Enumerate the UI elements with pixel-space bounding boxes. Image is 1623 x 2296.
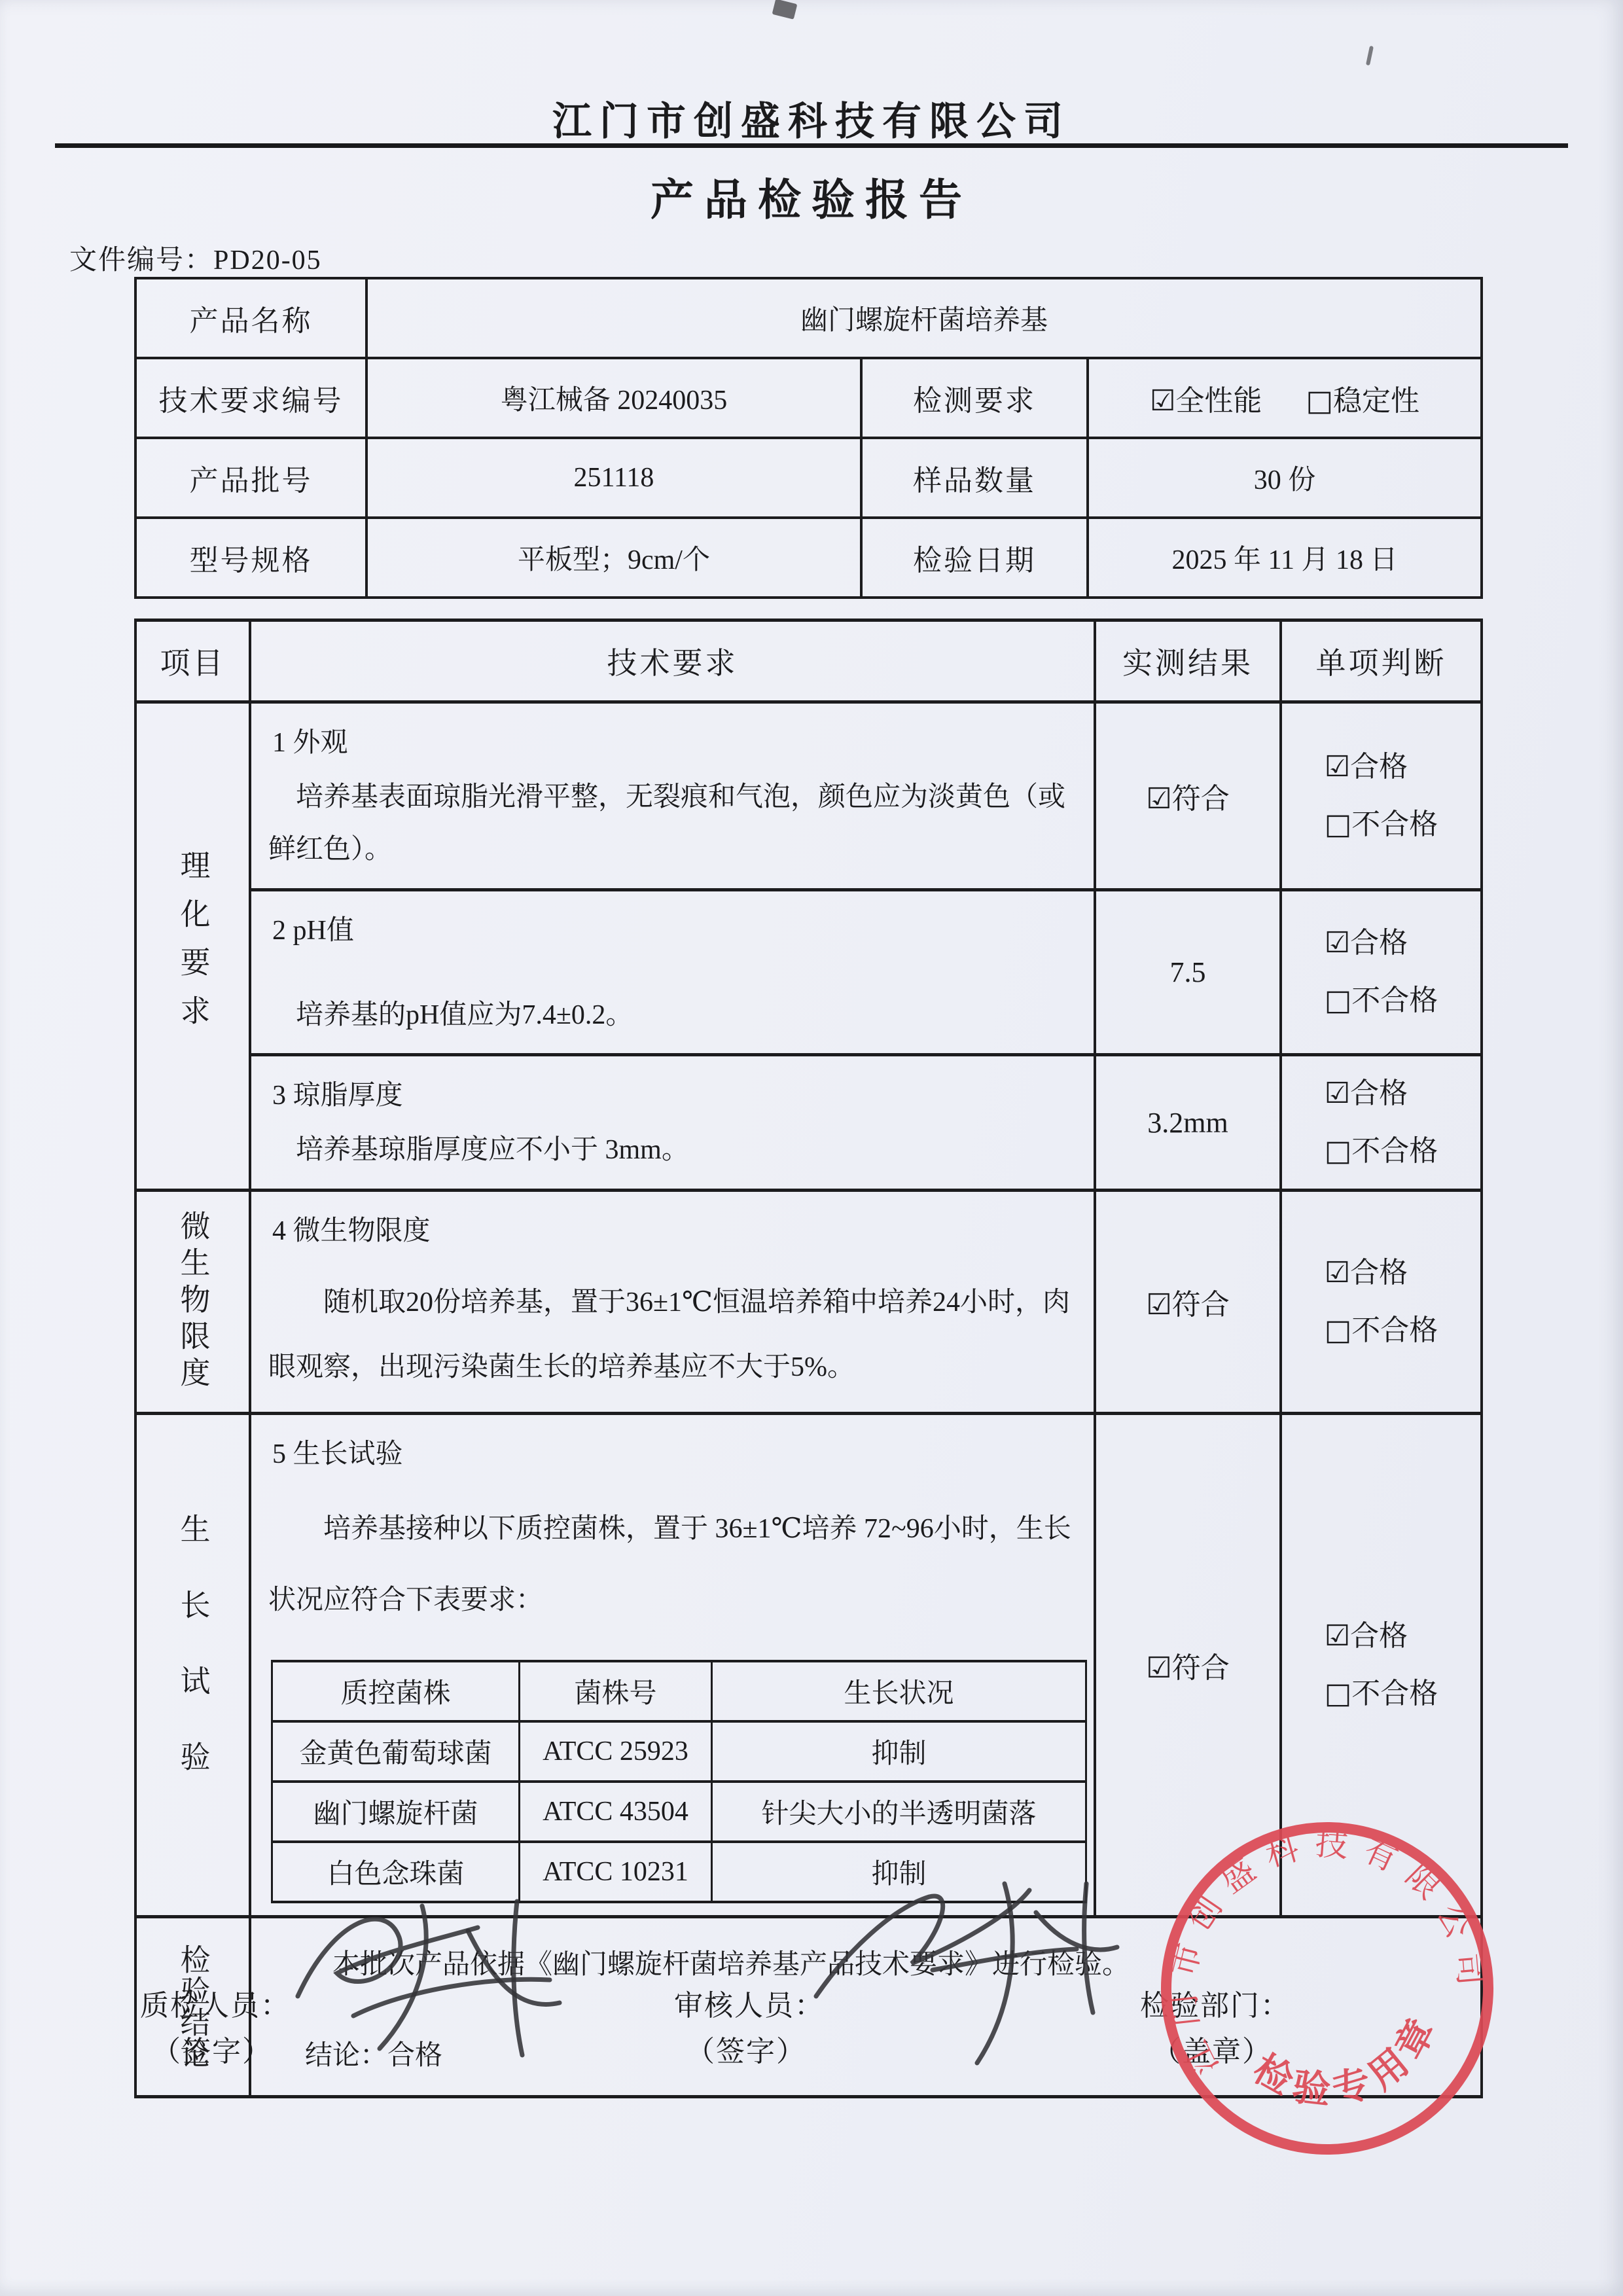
product-info-table: 产品名称 幽门螺旋杆菌培养基 技术要求编号 粤江械备 20240035 检测要求… — [134, 277, 1483, 599]
col-item: 项目 — [135, 620, 250, 702]
tech-req-no-value: 粤江械备 20240035 — [366, 358, 861, 438]
qc-sign-hint: （签字） — [152, 2028, 272, 2070]
growth-header-row: 质控菌株 菌株号 生长状况 — [272, 1661, 1086, 1721]
test-req-value: ☑全性能 □稳定性 — [1088, 358, 1482, 438]
judge-microbial-limit: ☑合格 □不合格 — [1281, 1191, 1482, 1413]
reviewer-sign-hint: （签字） — [686, 2028, 806, 2070]
table-row: 产品批号 251118 样品数量 30 份 — [135, 438, 1482, 518]
sample-qty-value: 30 份 — [1088, 438, 1482, 518]
col-growth-status: 生长状况 — [712, 1661, 1086, 1721]
stamp-company-text: 江门市创盛科技有限公司 — [1150, 1812, 1499, 2083]
checkbox-fail: □不合格 — [1325, 972, 1438, 1030]
model-spec-value: 平板型；9cm/个 — [366, 518, 861, 598]
growth-row-staph: 金黄色葡萄球菌 ATCC 25923 抑制 — [272, 1721, 1086, 1782]
model-spec-label: 型号规格 — [135, 518, 366, 598]
checkbox-fail: □不合格 — [1325, 1665, 1438, 1723]
checkbox-pass: ☑合格 — [1325, 1065, 1438, 1122]
result-microbial-limit: ☑符合 — [1095, 1191, 1281, 1413]
batch-no-label: 产品批号 — [135, 438, 366, 518]
req-appearance: 1 外观 培养基表面琼脂光滑平整，无裂痕和气泡，颜色应为淡黄色（或鲜红色）。 — [250, 702, 1095, 890]
scanned-report-page: 江门市创盛科技有限公司 产品检验报告 文件编号：PD20-05 产品名称 幽门螺… — [0, 0, 1623, 2296]
product-name-value: 幽门螺旋杆菌培养基 — [366, 278, 1482, 358]
judge-ph: ☑合格 □不合格 — [1281, 889, 1482, 1055]
checkbox-fail: □不合格 — [1325, 796, 1438, 853]
judge-appearance: ☑合格 □不合格 — [1281, 702, 1482, 890]
row-appearance: 理化要求 1 外观 培养基表面琼脂光滑平整，无裂痕和气泡，颜色应为淡黄色（或鲜红… — [135, 702, 1482, 890]
stamp-ring — [1150, 1812, 1504, 2165]
col-result: 实测结果 — [1095, 620, 1281, 702]
category-growth: 生长试验 — [135, 1413, 250, 1916]
category-physchem: 理化要求 — [135, 702, 250, 1191]
test-date-label: 检验日期 — [861, 518, 1088, 598]
test-req-label: 检测要求 — [861, 358, 1088, 438]
scan-artifact-tick — [1366, 46, 1374, 66]
checkbox-pass: ☑合格 — [1325, 738, 1438, 796]
growth-row-hpylori: 幽门螺旋杆菌 ATCC 43504 针尖大小的半透明菌落 — [272, 1782, 1086, 1842]
judge-agar-thickness: ☑合格 □不合格 — [1281, 1055, 1482, 1191]
tech-req-no-label: 技术要求编号 — [135, 358, 366, 438]
col-strain: 质控菌株 — [272, 1661, 520, 1721]
col-requirement: 技术要求 — [250, 620, 1095, 702]
reviewer-signature — [802, 1872, 1129, 2068]
row-agar-thickness: 3 琼脂厚度 培养基琼脂厚度应不小于 3mm。 3.2mm ☑合格 □不合格 — [135, 1055, 1482, 1191]
sample-qty-label: 样品数量 — [861, 438, 1088, 518]
result-agar-thickness: 3.2mm — [1095, 1055, 1281, 1191]
row-ph: 2 pH值 培养基的pH值应为7.4±0.2。 7.5 ☑合格 □不合格 — [135, 889, 1482, 1055]
growth-strain-table: 质控菌株 菌株号 生长状况 金黄色葡萄球菌 ATCC 25923 抑制 幽门螺旋… — [271, 1660, 1087, 1903]
test-date-value: 2025 年 11 月 18 日 — [1088, 518, 1482, 598]
result-ph: 7.5 — [1095, 889, 1281, 1055]
inspection-stamp-icon: 江门市创盛科技有限公司 检验专用章 — [1150, 1812, 1504, 2165]
col-strain-no: 菌株号 — [520, 1661, 712, 1721]
scan-artifact-staple — [772, 0, 798, 20]
category-micro: 微生物限度 — [135, 1191, 250, 1413]
product-name-label: 产品名称 — [135, 278, 366, 358]
qc-person-label: 质检人员： — [140, 1982, 291, 2024]
req-ph: 2 pH值 培养基的pH值应为7.4±0.2。 — [250, 889, 1095, 1055]
req-agar-thickness: 3 琼脂厚度 培养基琼脂厚度应不小于 3mm。 — [250, 1055, 1095, 1191]
header-divider — [55, 143, 1568, 148]
checkbox-fail: □不合格 — [1325, 1302, 1438, 1359]
qc-signature — [275, 1892, 582, 2068]
table-row: 产品名称 幽门螺旋杆菌培养基 — [135, 278, 1482, 358]
table-header-row: 项目 技术要求 实测结果 单项判断 — [135, 620, 1482, 702]
checkbox-pass: ☑合格 — [1325, 1607, 1438, 1665]
checkbox-pass: ☑合格 — [1325, 1244, 1438, 1302]
checkbox-stability: □稳定性 — [1306, 384, 1419, 418]
table-row: 技术要求编号 粤江械备 20240035 检测要求 ☑全性能 □稳定性 — [135, 358, 1482, 438]
company-name: 江门市创盛科技有限公司 — [0, 90, 1623, 147]
checkbox-pass: ☑合格 — [1325, 914, 1438, 972]
row-microbial-limit: 微生物限度 4 微生物限度 随机取20份培养基，置于36±1℃恒温培养箱中培养2… — [135, 1191, 1482, 1413]
result-appearance: ☑符合 — [1095, 702, 1281, 890]
batch-no-value: 251118 — [366, 438, 861, 518]
doc-number: 文件编号：PD20-05 — [69, 238, 322, 278]
req-growth-test: 5 生长试验 培养基接种以下质控菌株，置于 36±1℃培养 72~96小时，生长… — [250, 1413, 1095, 1916]
checkbox-fail: □不合格 — [1325, 1122, 1438, 1180]
col-judgement: 单项判断 — [1281, 620, 1482, 702]
report-title: 产品检验报告 — [0, 165, 1623, 227]
req-microbial-limit: 4 微生物限度 随机取20份培养基，置于36±1℃恒温培养箱中培养24小时，肉眼… — [250, 1191, 1095, 1413]
table-row: 型号规格 平板型；9cm/个 检验日期 2025 年 11 月 18 日 — [135, 518, 1482, 598]
checkbox-full-performance: ☑全性能 — [1150, 384, 1262, 418]
